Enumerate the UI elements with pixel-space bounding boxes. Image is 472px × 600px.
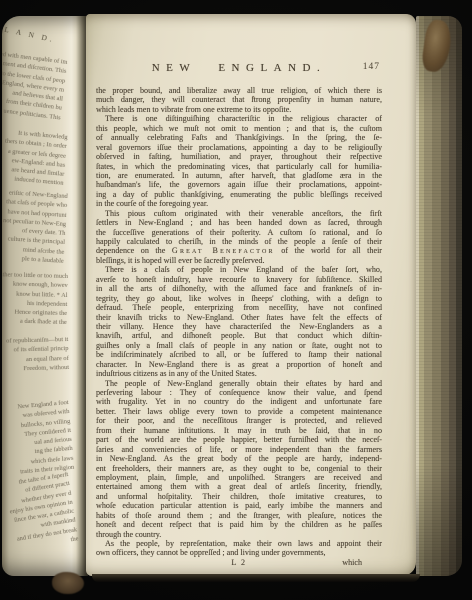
verso-fragment-line: uence politicians. This	[2, 105, 61, 123]
verso-fragment-line: ed with men capable of im	[2, 50, 68, 68]
text-line: ing a day of public thankſgiving, enumer…	[96, 190, 382, 199]
text-line: dependence on the Great Benefactor of th…	[96, 246, 382, 255]
verso-fragment-line: a greater or leſs degree	[4, 146, 67, 161]
verso-fragment-line: New England a foot	[14, 398, 69, 412]
text-line: happily calculated to cheriſh, in the mi…	[96, 237, 382, 246]
text-line: huſbandman's life, the governors again i…	[96, 180, 382, 189]
verso-fragment-line: traits in their religion	[20, 463, 75, 477]
verso-fragment-line: Hence originates the	[2, 307, 67, 318]
verso-fragment-line: eriſtic of New-England	[5, 188, 68, 201]
verso-fragment-line: know but little. * Al	[2, 289, 68, 300]
text-line: As the people, by repreſentation, make t…	[96, 539, 382, 548]
text-line: veral governors iſſue their proclamation…	[96, 143, 382, 152]
book-photograph: L A N D. ed with men capable of imment a…	[0, 0, 472, 600]
verso-page-edge: L A N D. ed with men capable of imment a…	[2, 16, 88, 576]
verso-fragment-line: which theſe laws	[19, 454, 74, 468]
text-line: defraud. Theſe people, enterprizing from…	[96, 303, 382, 312]
verso-fragment-line: that claſs of people who	[4, 197, 67, 210]
text-line: This pious cuſtom originated with their …	[96, 209, 382, 218]
verso-fragment-line: ual and ſerious	[17, 435, 72, 449]
verso-fragment-line: either too little or too much	[2, 270, 68, 281]
verso-fragment-line: They conſidered it	[16, 426, 71, 440]
verso-fragment-line: ing the ſabbath	[18, 444, 73, 458]
verso-fragment-line: ment and diſcretion. This	[2, 59, 67, 77]
binding-corner-spot	[52, 572, 84, 594]
text-line: bleſſings, it is hoped will ever be ſacr…	[96, 256, 382, 265]
fore-edge-page-stack	[416, 16, 462, 576]
verso-fragment-line: the	[15, 534, 79, 553]
text-line: habits of thoſe around them ; and the ſt…	[96, 511, 382, 520]
footer-row: L 2 which	[96, 558, 382, 568]
text-line: ſtates, in which the predominating vices…	[96, 162, 382, 171]
text-line: the ſucceſſive generations of their poſt…	[96, 228, 382, 237]
text-line: be indiſcriminately aſcribed to all, or …	[96, 350, 382, 359]
text-line: averſe to honeſt induſtry, have recourſe…	[96, 275, 382, 284]
verso-fragment-group: New England a footwas obſerved withbullo…	[14, 398, 74, 477]
verso-fragment-line: Freedom, without	[7, 363, 69, 374]
verso-fragment-line: mind aſcribe the	[2, 244, 65, 257]
verso-fragment-group: either too little or too muchknow enough…	[2, 270, 68, 328]
text-line: honeſt and decent reſpect that is paid h…	[96, 520, 382, 529]
text-line: which leads men to vibrate from one extr…	[96, 105, 382, 114]
text-line: much danger, they will counteract that ſ…	[96, 95, 382, 104]
verso-fragment-line: ſince the war, a catholic	[11, 507, 75, 526]
text-line: knaviſh, artful, and diſhoneſt people. B…	[96, 331, 382, 340]
text-line: induſtrious citizens as in any of the Un…	[96, 369, 382, 378]
verso-fragment-line: of its eſſential princip	[6, 344, 68, 355]
text-line: ſaries and conveniencies of life, or mor…	[96, 445, 382, 454]
running-head: NEW ENGLAND.	[96, 62, 382, 74]
text-line: character. In New-England there is as gr…	[96, 360, 382, 369]
verso-fragment-group: eriſtic of New-Englandthat claſs of peop…	[2, 188, 68, 266]
verso-fragment-line: enjoy his own opinion in	[10, 498, 74, 517]
text-line: own officers, they cannot be oppreſſed ;…	[96, 548, 382, 557]
verso-fragment-group: the taſte of a ſuperſtof different pract…	[5, 470, 79, 553]
verso-fragment-group: ed with men capable of imment and diſcre…	[2, 50, 68, 123]
text-line: whoſe education particular attention is …	[96, 501, 382, 510]
page-number: 147	[363, 62, 380, 72]
verso-fragment-line: thers to obtain ; In order	[5, 137, 68, 152]
verso-fragment-line: ple to a laudable	[2, 253, 64, 266]
verso-fragment-line: of republicaniſm—but it	[6, 335, 68, 346]
verso-fragment-line: a dark ſhade at the	[2, 317, 67, 328]
verso-fragment-line: and if they do not break	[14, 525, 78, 544]
text-line: and unformal hoſpitality. Their children…	[96, 492, 382, 501]
verso-fragment-line: have not had opportuni	[3, 207, 66, 220]
verso-fragment-line: are heard and ſimilar	[2, 165, 65, 180]
text-line: obſerved in faſting, humiliation, and pr…	[96, 152, 382, 161]
verso-fragment-line: of different practi	[7, 479, 71, 498]
text-line: in New-England. As the great body of the…	[96, 454, 382, 463]
verso-fragment-line: culture is the principal	[2, 235, 65, 248]
verso-fragment-line: an equal ſhare of	[6, 354, 68, 365]
verso-fragment-line: It is with knowledg	[5, 128, 68, 143]
catchword: which	[342, 558, 362, 567]
text-line: guiſhes only a ſmall claſs of people in …	[96, 341, 382, 350]
verso-fragment-line: from their children bu	[2, 96, 62, 114]
verso-fragment-line: his independent	[2, 298, 67, 309]
text-line: part of the world are the people happier…	[96, 435, 382, 444]
verso-fragment-line: of every date. Th	[2, 225, 65, 238]
verso-fragment-line: was obſerved with	[15, 407, 70, 421]
text-line: their villany. Hence they have character…	[96, 322, 382, 331]
text-line: entertained among them with a great deal…	[96, 482, 382, 491]
verso-fragment-line: and believes that all	[2, 87, 63, 105]
text-line: employment, plain, ſimple, and unpoliſhe…	[96, 473, 382, 482]
text-line: for their poor, and the neceſſitous ſtra…	[96, 416, 382, 425]
text-line: their knaviſh tricks to New-England. Oth…	[96, 313, 382, 322]
body-lines: the proper bound, and liberalize away al…	[96, 86, 382, 558]
small-caps-phrase: Great Benefactor	[172, 246, 275, 255]
running-head-row: NEW ENGLAND. 147	[96, 62, 382, 76]
verso-fragment-line: know enough, howev	[2, 279, 68, 290]
text-line: this people, which we muſt not omit to m…	[96, 124, 382, 133]
text-line: ſettlers in New-England ; and has been h…	[96, 218, 382, 227]
verso-fragment-group: It is with knowledgthers to obtain ; In …	[2, 128, 68, 189]
verso-fragment-line: bullocks, no villing	[16, 417, 71, 431]
verso-fragment-line: to the lower claſs of peop	[2, 68, 66, 86]
text-line: with frugality. Yet in no country do the…	[96, 397, 382, 406]
verso-fragment-line: ew-England: and has	[3, 155, 66, 170]
text-line: tegrity, they go about, like wolves in ſ…	[96, 294, 382, 303]
text-line: perſevering labour : They of conſequence…	[96, 388, 382, 397]
text-line: through the country.	[96, 530, 382, 539]
bottom-page-edges	[92, 574, 420, 582]
text-line: in all the arts of diſhoneſty, with the …	[96, 284, 382, 293]
recto-page: NEW ENGLAND. 147 the proper bound, and l…	[86, 14, 416, 576]
verso-fragment-line: whether they ever d	[8, 488, 72, 507]
text-line: from their humane inſtitutions. It may i…	[96, 426, 382, 435]
verso-fragment-group: of republicaniſm—but itof its eſſential …	[6, 335, 69, 374]
text-line: better. Their laws oblige every town to …	[96, 407, 382, 416]
text-line: of annually celebrating Faſts and Thankſ…	[96, 133, 382, 142]
text-line: the proper bound, and liberalize away al…	[96, 86, 382, 95]
verso-running-head-fragment: L A N D.	[4, 25, 56, 44]
text-line: in the courſe of the foregoing year.	[96, 199, 382, 208]
verso-fragment-line: not peculiar to New-Eng	[3, 216, 66, 229]
text-line: tion, are enumerated. In autumn, after h…	[96, 171, 382, 180]
verso-fragment-line: England, where every m	[2, 77, 65, 95]
signature-mark: L 2	[96, 558, 382, 567]
verso-fragment-line: induced to mention	[2, 174, 64, 189]
verso-fragment-line: with mankind	[12, 516, 76, 535]
text-line: The people of New-England generally obta…	[96, 379, 382, 388]
text-line: There is one diſtinguiſhing characteriſt…	[96, 114, 382, 123]
text-line: ent freeholders, their manners are, as t…	[96, 464, 382, 473]
verso-fragment-line: the taſte of a ſuperſt	[5, 470, 69, 489]
text-line: There is a claſs of people in New Englan…	[96, 265, 382, 274]
